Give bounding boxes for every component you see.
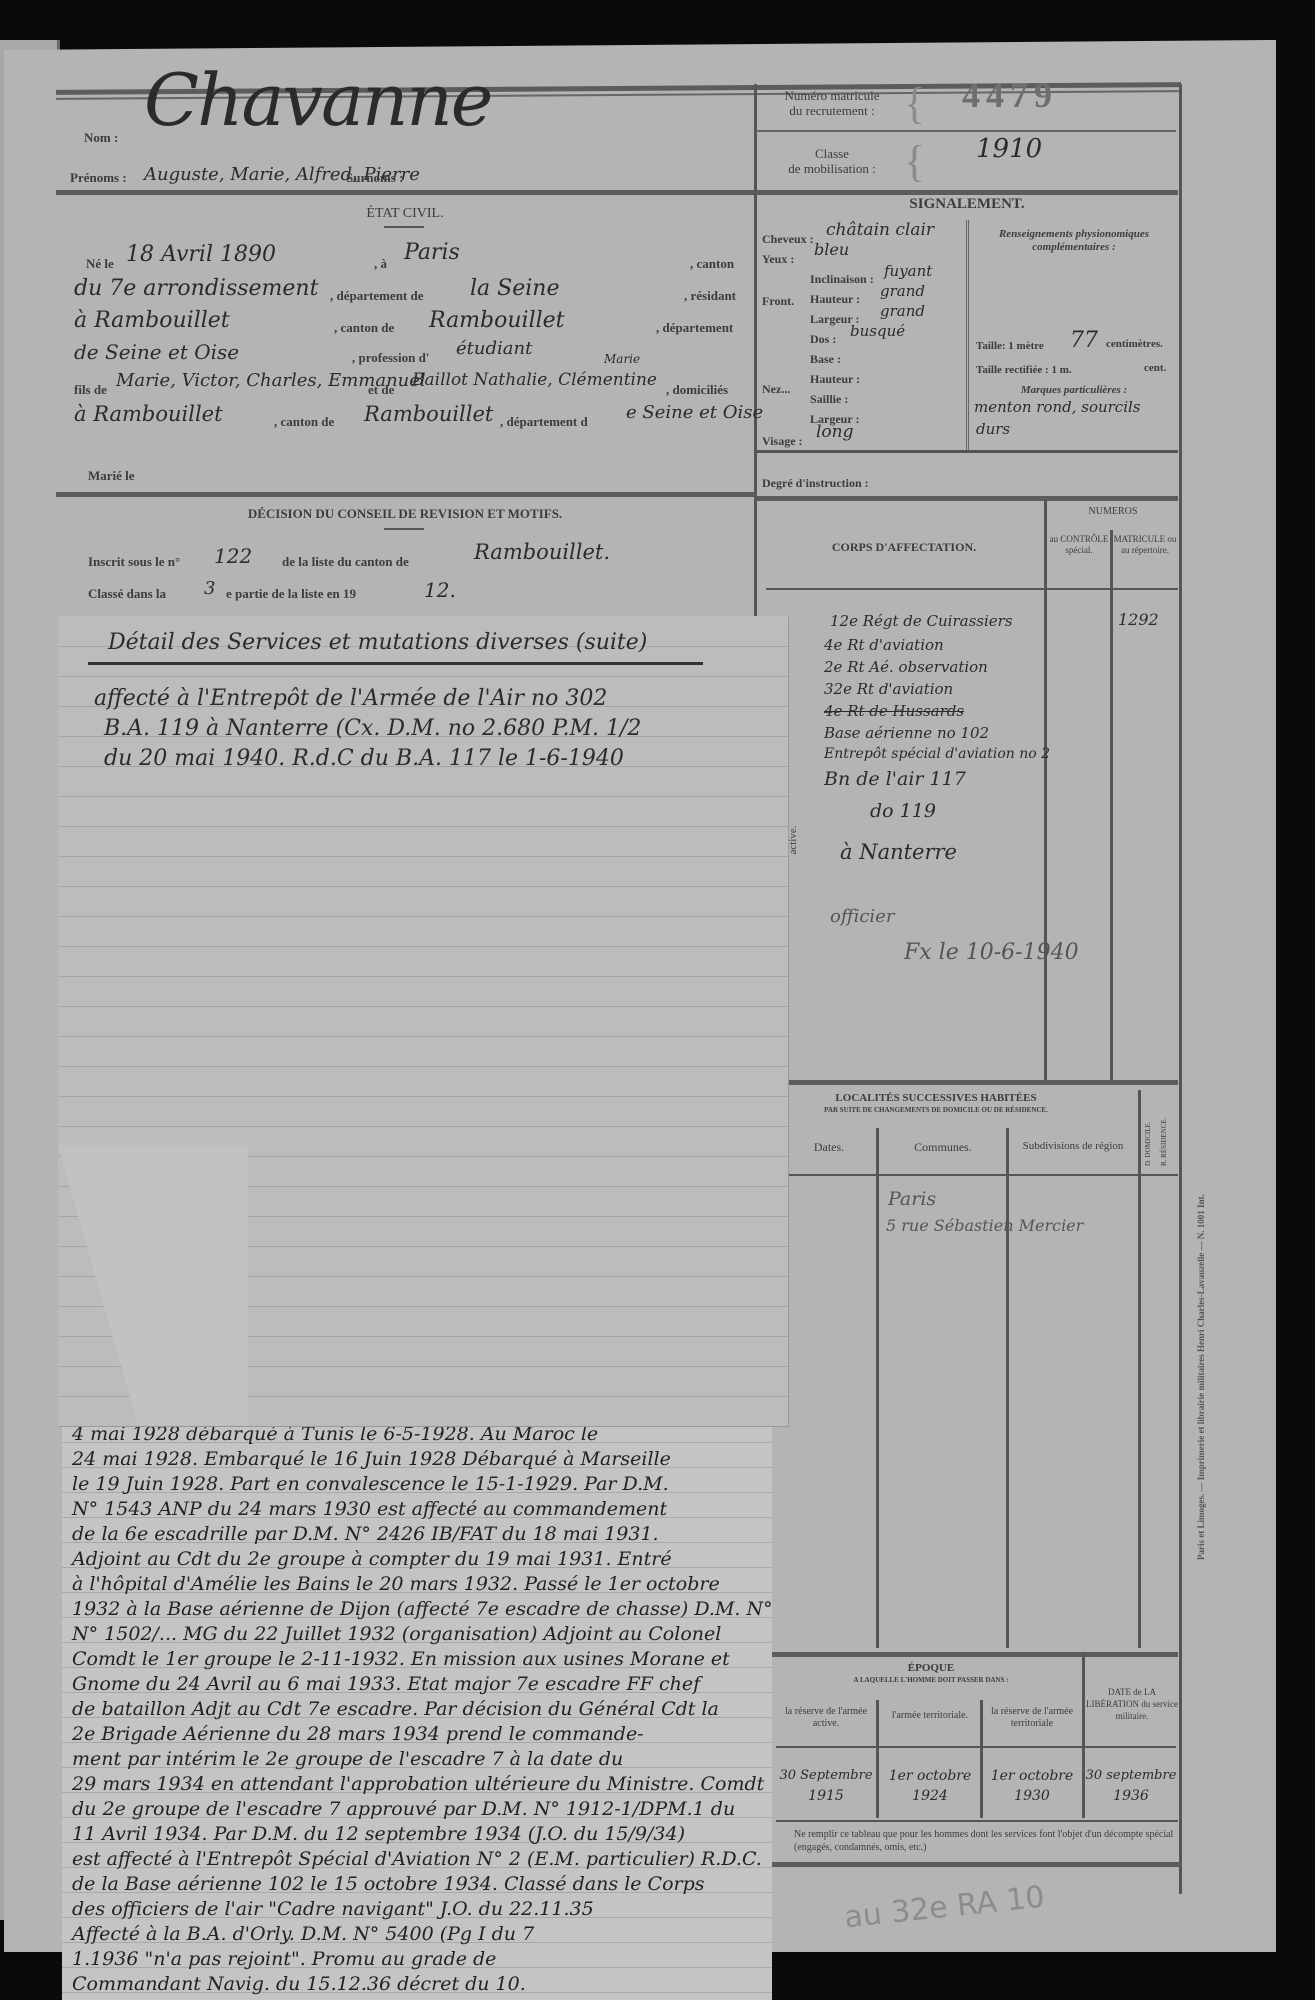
renseignements-line-1: Renseignements physionomiques bbox=[974, 228, 1174, 241]
localites-commune: Paris bbox=[888, 1188, 936, 1210]
lower-line: de la 6e escadrille par D.M. N° 2426 IB/… bbox=[72, 1522, 659, 1547]
corps-entry: 2e Rt Aé. observation bbox=[824, 658, 988, 676]
right-border bbox=[1179, 84, 1182, 1894]
profession-value: étudiant bbox=[456, 338, 532, 359]
etat-civil-title: ÉTAT CIVIL. bbox=[56, 206, 754, 222]
rule bbox=[384, 226, 424, 228]
rule bbox=[766, 1080, 1178, 1085]
taille-label: Taille: 1 mètre bbox=[976, 340, 1044, 352]
matricule-number: 4479 bbox=[962, 74, 1058, 116]
lower-line: des officiers de l'air "Cadre navigant" … bbox=[72, 1897, 594, 1922]
matricule-label-2: du recrutement : bbox=[762, 103, 902, 118]
residant-label: , résidant bbox=[684, 288, 736, 304]
renseignements-line-2: complémentaires : bbox=[974, 241, 1174, 254]
classe-dans-value: 3 bbox=[204, 578, 215, 599]
lower-line: N° 1543 ANP du 24 mars 1930 est affecté … bbox=[72, 1497, 667, 1522]
nez-hauteur-label: Hauteur : bbox=[810, 372, 860, 387]
lower-line: de bataillon Adjt au Cdt 7e escadre. Par… bbox=[72, 1697, 719, 1722]
rule bbox=[770, 1862, 1182, 1867]
lower-line: 29 mars 1934 en attendant l'approbation … bbox=[72, 1772, 764, 1797]
taille-rectifiee-unit: cent. bbox=[1144, 362, 1166, 374]
annee-value: 12. bbox=[424, 578, 456, 602]
prenoms-label: Prénoms : bbox=[70, 170, 127, 186]
rule bbox=[756, 496, 1178, 501]
lower-line: ment par intérim le 2e groupe de l'escad… bbox=[72, 1747, 623, 1772]
inclinaison-value: fuyant bbox=[884, 262, 932, 280]
nom-value: Chavanne bbox=[144, 58, 491, 142]
corps-entry: Entrepôt spécial d'aviation no 2 bbox=[824, 746, 1050, 762]
localites-title: LOCALITÉS SUCCESSIVES HABITÉES bbox=[766, 1092, 1106, 1104]
corps-entry: 32e Rt d'aviation bbox=[824, 680, 953, 698]
domicile-value: à Rambouillet bbox=[74, 402, 223, 426]
corps-header: CORPS D'AFFECTATION. bbox=[764, 540, 1044, 555]
degre-instruction-label: Degré d'instruction : bbox=[762, 476, 869, 491]
lower-line: Comdt le 1er groupe le 2-11-1932. En mis… bbox=[72, 1647, 730, 1672]
epoque-val1-a: 30 Septembre bbox=[776, 1768, 876, 1783]
canton3-label: , canton de bbox=[274, 414, 334, 430]
visage-value: long bbox=[816, 422, 854, 442]
lower-line: Affecté à la B.A. d'Orly. D.M. N° 5400 (… bbox=[72, 1922, 534, 1947]
a-value: Paris bbox=[404, 240, 460, 265]
lower-line: 24 mai 1928. Embarqué le 16 Juin 1928 Dé… bbox=[72, 1447, 671, 1472]
numeros-col-divider bbox=[1110, 530, 1113, 1080]
corps-entry: à Nanterre bbox=[840, 840, 957, 864]
ne-le-value: 18 Avril 1890 bbox=[126, 242, 276, 267]
et-de-label: et de bbox=[368, 382, 394, 398]
rule bbox=[756, 130, 1176, 132]
rule bbox=[56, 190, 756, 195]
inclinaison-label: Inclinaison : bbox=[810, 272, 874, 287]
numeros-header: NUMEROS bbox=[1048, 506, 1178, 517]
signalement-title: SIGNALEMENT. bbox=[756, 196, 1178, 213]
yeux-label: Yeux : bbox=[762, 252, 794, 267]
corps-col-divider bbox=[1044, 500, 1047, 1080]
epoque-val1-b: 1915 bbox=[776, 1788, 876, 1804]
corps-entry: do 119 bbox=[870, 800, 936, 822]
inscrit-value: 122 bbox=[214, 544, 252, 568]
classe-label-1: Classe bbox=[762, 146, 902, 161]
partie-label: e partie de la liste en 19 bbox=[226, 586, 356, 602]
matricule-label-1: Numéro matricule bbox=[762, 88, 902, 103]
front-hauteur-label: Hauteur : bbox=[810, 292, 860, 307]
epoque-val3-a: 1er octobre bbox=[982, 1768, 1082, 1784]
fils-de-label: fils de bbox=[74, 382, 107, 398]
pencil-note: au 32e RA 10 bbox=[843, 1880, 1047, 1936]
epoque-col-divider bbox=[876, 1700, 879, 1818]
front-label: Front. bbox=[762, 294, 794, 309]
classe-value: 1910 bbox=[976, 134, 1042, 164]
lower-line: N° 1502/... MG du 22 Juillet 1932 (organ… bbox=[72, 1622, 721, 1647]
inscrit-label: Inscrit sous le n° bbox=[88, 554, 180, 570]
rule bbox=[756, 190, 1178, 195]
mere-extra: Marie bbox=[604, 352, 640, 366]
saillie-label: Saillie : bbox=[810, 392, 848, 407]
detail-card-underline bbox=[88, 662, 703, 665]
taille-rectifiee-label: Taille rectifiée : 1 m. bbox=[976, 364, 1072, 376]
base-label: Base : bbox=[810, 352, 841, 367]
corps-entry: Base aérienne no 102 bbox=[824, 724, 989, 742]
rule bbox=[784, 1174, 1178, 1176]
canton2-label: , canton de bbox=[334, 320, 394, 336]
canton2-value: Rambouillet bbox=[429, 308, 565, 333]
detail-card-title: Détail des Services et mutations diverse… bbox=[108, 630, 647, 655]
epoque-col1: la réserve de l'armée active. bbox=[778, 1706, 874, 1730]
lower-continuation-sheet: 4 mai 1928 débarqué à Tunis le 6-5-1928.… bbox=[62, 1420, 772, 2000]
marques-label: Marques particulières : bbox=[974, 384, 1174, 396]
marques-value-1: menton rond, sourcils bbox=[974, 398, 1141, 416]
canton-value: du 7e arrondissement bbox=[74, 276, 318, 301]
epoque-val4-b: 1936 bbox=[1084, 1788, 1178, 1804]
rule bbox=[772, 1652, 1178, 1657]
rule bbox=[384, 528, 424, 530]
epoque-col3: la réserve de l'armée territoriale bbox=[984, 1706, 1080, 1730]
marie-le-label: Marié le bbox=[88, 468, 135, 484]
rule bbox=[756, 450, 1178, 453]
front-largeur-value: grand bbox=[880, 302, 925, 320]
renseignements-label: Renseignements physionomiques complément… bbox=[974, 228, 1174, 254]
localites-subtitle: PAR SUITE DE CHANGEMENTS DE DOMICILE OU … bbox=[766, 1106, 1106, 1114]
epoque-col4: DATE de LA LIBÉRATION du service militai… bbox=[1086, 1686, 1178, 1722]
profession-label: , profession d' bbox=[352, 350, 429, 366]
lower-line: est affecté à l'Entrepôt Spécial d'Aviat… bbox=[72, 1847, 762, 1872]
rule bbox=[776, 1820, 1178, 1822]
rule bbox=[776, 1746, 1176, 1748]
localites-col-divider bbox=[1006, 1128, 1009, 1648]
rule bbox=[56, 492, 756, 497]
lower-line: à l'hôpital d'Amélie les Bains le 20 mar… bbox=[72, 1572, 720, 1597]
col-dates: Dates. bbox=[784, 1140, 874, 1155]
departement3-label: , département d bbox=[500, 414, 588, 430]
nom-label: Nom : bbox=[84, 130, 118, 146]
yeux-value: bleu bbox=[814, 240, 849, 259]
epoque-val2-a: 1er octobre bbox=[880, 1768, 980, 1784]
dos-value: busqué bbox=[850, 322, 905, 340]
localites-address: 5 rue Sébastien Mercier bbox=[886, 1216, 1083, 1235]
lower-line: 2e Brigade Aérienne du 28 mars 1934 pren… bbox=[72, 1722, 644, 1747]
lower-line: 11 Avril 1934. Par D.M. du 12 septembre … bbox=[72, 1822, 685, 1847]
cheveux-value: châtain clair bbox=[826, 220, 934, 240]
liste-label: de la liste du canton de bbox=[282, 554, 409, 570]
lower-line: de la Base aérienne 102 le 15 octobre 19… bbox=[72, 1872, 705, 1897]
controle-header: au CONTRÔLE spécial. bbox=[1048, 534, 1110, 556]
classe-label: Classe de mobilisation : bbox=[762, 146, 902, 176]
domicilies-label: , domiciliés bbox=[666, 382, 728, 398]
lower-line: Commandant Navig. du 15.12.36 décret du … bbox=[72, 1972, 526, 1997]
cheveux-label: Cheveux : bbox=[762, 232, 814, 247]
departement-value: la Seine bbox=[470, 276, 559, 301]
surnoms-label: Surnoms : bbox=[346, 170, 403, 186]
departement2-value: de Seine et Oise bbox=[74, 340, 239, 364]
epoque-col2: l'armée territoriale. bbox=[882, 1710, 978, 1722]
departement2-label: , département bbox=[656, 320, 733, 336]
epoque-title: ÉPOQUE bbox=[776, 1662, 1086, 1674]
detail-card-line: affecté à l'Entrepôt de l'Armée de l'Air… bbox=[94, 686, 607, 711]
lower-line: Gnome du 24 Avril au 6 mai 1933. Etat ma… bbox=[72, 1672, 700, 1697]
classe-dans-label: Classé dans la bbox=[88, 586, 166, 602]
ne-le-label: Né le bbox=[86, 256, 114, 272]
epoque-val2-b: 1924 bbox=[880, 1788, 980, 1804]
printer-imprint: Paris et Limoges. — Imprimerie et librai… bbox=[1196, 1194, 1206, 1560]
lower-line: Adjoint au Cdt du 2e groupe à compter du… bbox=[72, 1547, 672, 1572]
mere-value: Baillot Nathalie, Clémentine bbox=[412, 370, 657, 390]
signalement-divider bbox=[966, 220, 969, 450]
lower-line: du 2e groupe de l'escadre 7 approuvé par… bbox=[72, 1797, 735, 1822]
nez-label: Nez... bbox=[762, 382, 790, 397]
visage-label: Visage : bbox=[762, 434, 803, 449]
epoque-val3-b: 1930 bbox=[982, 1788, 1082, 1804]
detail-card-line: B.A. 119 à Nanterre (Cx. D.M. no 2.680 P… bbox=[104, 716, 641, 741]
territoriale-entry: officier bbox=[830, 906, 894, 927]
localites-col-divider bbox=[876, 1128, 879, 1648]
departement-label: , département de bbox=[330, 288, 424, 304]
taille-value: 77 bbox=[1070, 328, 1098, 353]
lower-line: le 19 Juin 1928. Part en convalescence l… bbox=[72, 1472, 669, 1497]
dos-label: Dos : bbox=[810, 332, 836, 347]
corps-entry: 4e Rt d'aviation bbox=[824, 636, 944, 654]
matricule-col-header: MATRICULE ou au répertoire. bbox=[1112, 534, 1178, 556]
rule bbox=[766, 588, 1178, 590]
col-communes: Communes. bbox=[880, 1140, 1006, 1155]
corps-entry: 12e Régt de Cuirassiers bbox=[830, 612, 1013, 630]
departement3-value: e Seine et Oise bbox=[626, 402, 763, 423]
epoque-subtitle: A LAQUELLE L'HOMME DOIT PASSER DANS : bbox=[776, 1676, 1086, 1684]
taille-unit: centimètres. bbox=[1106, 338, 1163, 350]
canton3-value: Rambouillet bbox=[364, 402, 493, 426]
lower-line: 1.1936 "n'a pas rejoint". Promu au grade… bbox=[72, 1947, 496, 1972]
residant-value: à Rambouillet bbox=[74, 308, 230, 333]
detail-card-line: du 20 mai 1940. R.d.C du B.A. 117 le 1-6… bbox=[104, 746, 624, 771]
matricule-value: 1292 bbox=[1118, 610, 1159, 629]
col-subdivisions: Subdivisions de région bbox=[1008, 1140, 1138, 1152]
corps-entry: Bn de l'air 117 bbox=[824, 768, 966, 790]
epoque-val4-a: 30 septembre bbox=[1084, 1768, 1178, 1783]
canton-label: , canton bbox=[690, 256, 734, 272]
classe-label-2: de mobilisation : bbox=[762, 161, 902, 176]
a-label: , à bbox=[374, 256, 387, 272]
col-residence: R. RÉSIDENCE. bbox=[1160, 1118, 1168, 1166]
matricule-label: Numéro matricule du recrutement : bbox=[762, 88, 902, 118]
corps-entry-struck: 4e Rt de Hussards bbox=[824, 702, 964, 720]
epoque-note: Ne remplir ce tableau que pour les homme… bbox=[794, 1828, 1174, 1854]
col-domicile: D. DOMICILE. bbox=[1144, 1121, 1152, 1166]
front-hauteur-value: grand bbox=[880, 282, 925, 300]
liste-value: Rambouillet. bbox=[474, 540, 610, 564]
decision-title: DÉCISION DU CONSEIL DE REVISION ET MOTIF… bbox=[56, 506, 754, 522]
lower-line: 1932 à la Base aérienne de Dijon (affect… bbox=[72, 1597, 773, 1622]
marques-value-2: durs bbox=[976, 420, 1010, 438]
territoriale-date: Fx le 10-6-1940 bbox=[904, 940, 1079, 965]
